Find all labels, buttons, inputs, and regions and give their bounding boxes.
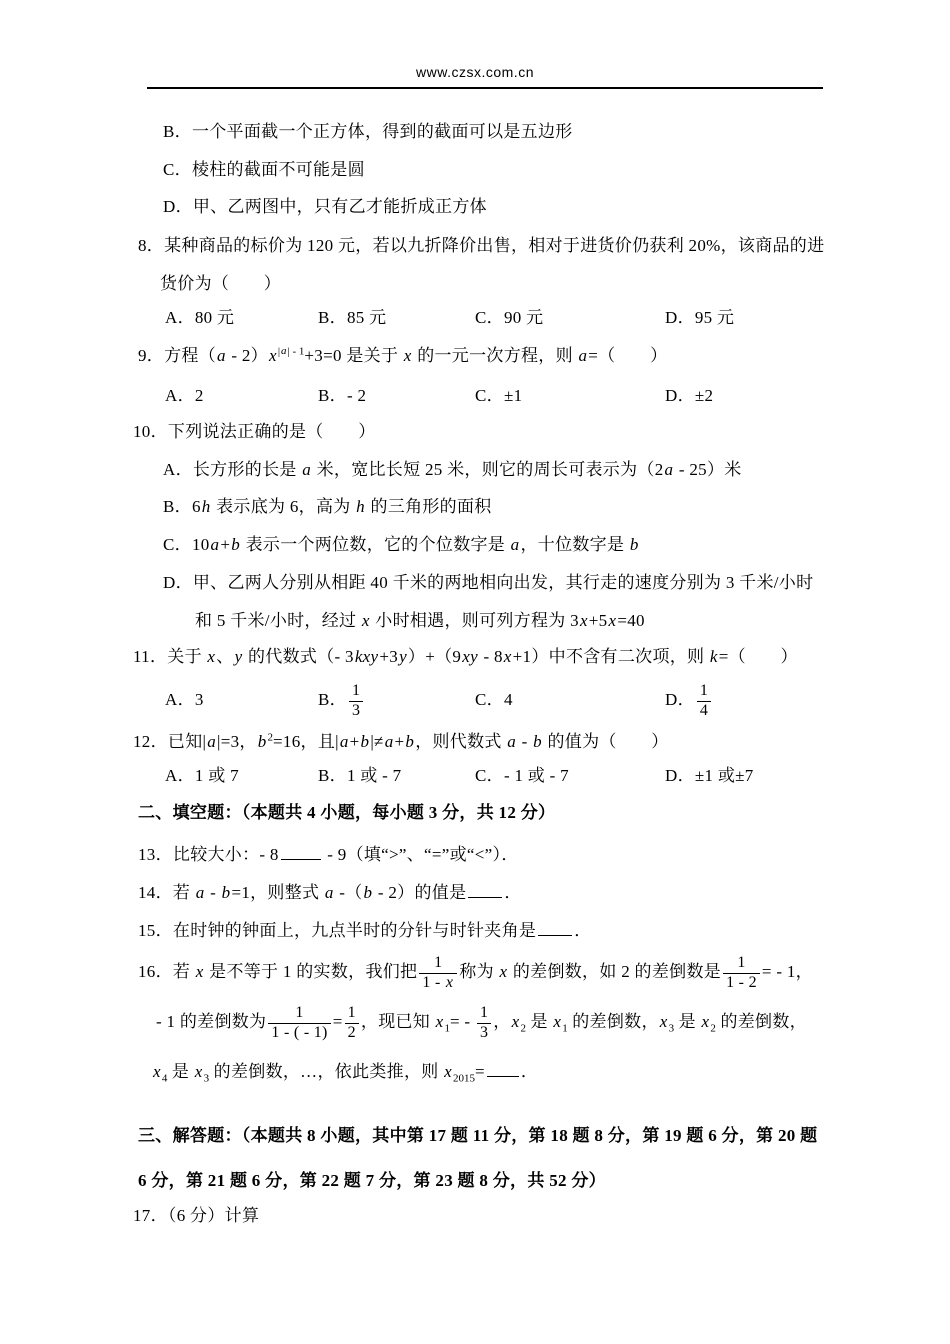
question-11-option-a: A．3 bbox=[165, 677, 204, 723]
site-url: www.czsx.com.cn bbox=[0, 64, 950, 80]
question-13-stem: 13．比较大小：- 8 - 9（填“>”、“=”或“<”）． bbox=[138, 842, 519, 868]
question-12-option-d: D．±1 或±7 bbox=[665, 763, 754, 789]
section-3-header-line-2: 6 分，第 21 题 6 分，第 22 题 7 分，第 23 题 8 分，共 5… bbox=[138, 1168, 606, 1194]
question-10-stem: 10．下列说法正确的是（ ） bbox=[133, 419, 376, 445]
question-12-stem: 12．已知|a|=3，b2=16，且|a+b|≠a+b，则代数式 a - b 的… bbox=[133, 729, 669, 755]
fill-in-blank bbox=[487, 1060, 519, 1077]
question-8-stem-line-2: 货价为（ ） bbox=[160, 271, 281, 297]
fill-in-blank bbox=[538, 919, 572, 936]
question-16-stem-line-3: x4 是 x3 的差倒数，…，依此类推，则 x2015=． bbox=[152, 1059, 538, 1085]
question-10-option-c: C．10a+b 表示一个两位数，它的个位数字是 a，十位数字是 b bbox=[163, 532, 640, 558]
question-8-stem-line-1: 8．某种商品的标价为 120 元，若以九折降价出售，相对于进货价仍获利 20%，… bbox=[138, 233, 824, 259]
question-7-option-d: D．甲、乙两图中，只有乙才能折成正方体 bbox=[163, 194, 487, 220]
question-11-option-c: C．4 bbox=[475, 677, 513, 723]
header-divider bbox=[147, 87, 823, 89]
question-15-stem: 15．在时钟的钟面上，九点半时的分针与时针夹角是． bbox=[138, 918, 592, 944]
fraction: 12 bbox=[345, 1004, 359, 1042]
question-12-option-c: C．- 1 或 - 7 bbox=[475, 763, 569, 789]
question-7-option-c: C．棱柱的截面不可能是圆 bbox=[163, 157, 365, 183]
question-10-option-d-line-2: 和 5 千米/小时，经过 x 小时相遇，则可列方程为 3x+5x=40 bbox=[195, 608, 645, 634]
question-11-stem: 11．关于 x、y 的代数式（- 3kxy+3y）+（9xy - 8x+1）中不… bbox=[133, 644, 798, 670]
fraction: 13 bbox=[349, 682, 363, 720]
question-9-options: A．2 B．- 2 C．±1 D．±2 bbox=[165, 383, 885, 409]
fraction: 11 - x bbox=[419, 954, 457, 992]
question-11-option-b: B．13 bbox=[318, 677, 365, 723]
question-8-option-c: C．90 元 bbox=[475, 305, 543, 331]
question-16-stem-line-1: 16．若 x 是不等于 1 的实数，我们把11 - x称为 x 的差倒数，如 2… bbox=[138, 949, 813, 995]
fraction: 11 - 2 bbox=[723, 954, 760, 992]
fraction: 14 bbox=[697, 682, 711, 720]
fill-in-blank bbox=[281, 843, 321, 860]
question-12-options: A．1 或 7 B．1 或 - 7 C．- 1 或 - 7 D．±1 或±7 bbox=[165, 763, 885, 789]
question-8-option-a: A．80 元 bbox=[165, 305, 234, 331]
fill-in-blank bbox=[468, 881, 502, 898]
question-7-option-b: B．一个平面截一个正方体，得到的截面可以是五边形 bbox=[163, 119, 573, 145]
question-12-option-b: B．1 或 - 7 bbox=[318, 763, 401, 789]
question-8-option-b: B．85 元 bbox=[318, 305, 386, 331]
question-11-options: A．3 B．13 C．4 D．14 bbox=[165, 677, 885, 723]
question-9-option-b: B．- 2 bbox=[318, 383, 366, 409]
question-8-options: A．80 元 B．85 元 C．90 元 D．95 元 bbox=[165, 305, 885, 331]
question-11-option-d: D．14 bbox=[665, 677, 713, 723]
question-9-option-a: A．2 bbox=[165, 383, 204, 409]
question-17-stem: 17．（6 分）计算 bbox=[133, 1203, 259, 1229]
question-9-stem: 9．方程（a - 2）x|a| - 1+3=0 是关于 x 的一元一次方程，则 … bbox=[138, 343, 667, 369]
question-10-option-d-line-1: D．甲、乙两人分别从相距 40 千米的两地相向出发，其行走的速度分别为 3 千米… bbox=[163, 570, 813, 596]
exam-page: www.czsx.com.cn B．一个平面截一个正方体，得到的截面可以是五边形… bbox=[0, 0, 950, 1344]
fraction: 11 - ( - 1) bbox=[268, 1004, 330, 1042]
question-16-stem-line-2: - 1 的差倒数为11 - ( - 1)=12，现已知 x1= - 13，x2 … bbox=[156, 999, 807, 1045]
question-9-option-d: D．±2 bbox=[665, 383, 713, 409]
question-10-option-a: A．长方形的长是 a 米，宽比长短 25 米，则它的周长可表示为（2a - 25… bbox=[163, 457, 742, 483]
fraction: 13 bbox=[477, 1004, 491, 1042]
question-8-option-d: D．95 元 bbox=[665, 305, 734, 331]
question-9-option-c: C．±1 bbox=[475, 383, 522, 409]
question-14-stem: 14．若 a - b=1，则整式 a -（b - 2）的值是． bbox=[138, 880, 522, 906]
question-10-option-b: B．6h 表示底为 6，高为 h 的三角形的面积 bbox=[163, 494, 492, 520]
question-12-option-a: A．1 或 7 bbox=[165, 763, 239, 789]
section-2-header: 二、填空题：（本题共 4 小题，每小题 3 分，共 12 分） bbox=[138, 800, 555, 826]
section-3-header-line-1: 三、解答题：（本题共 8 小题，其中第 17 题 11 分，第 18 题 8 分… bbox=[138, 1123, 817, 1149]
